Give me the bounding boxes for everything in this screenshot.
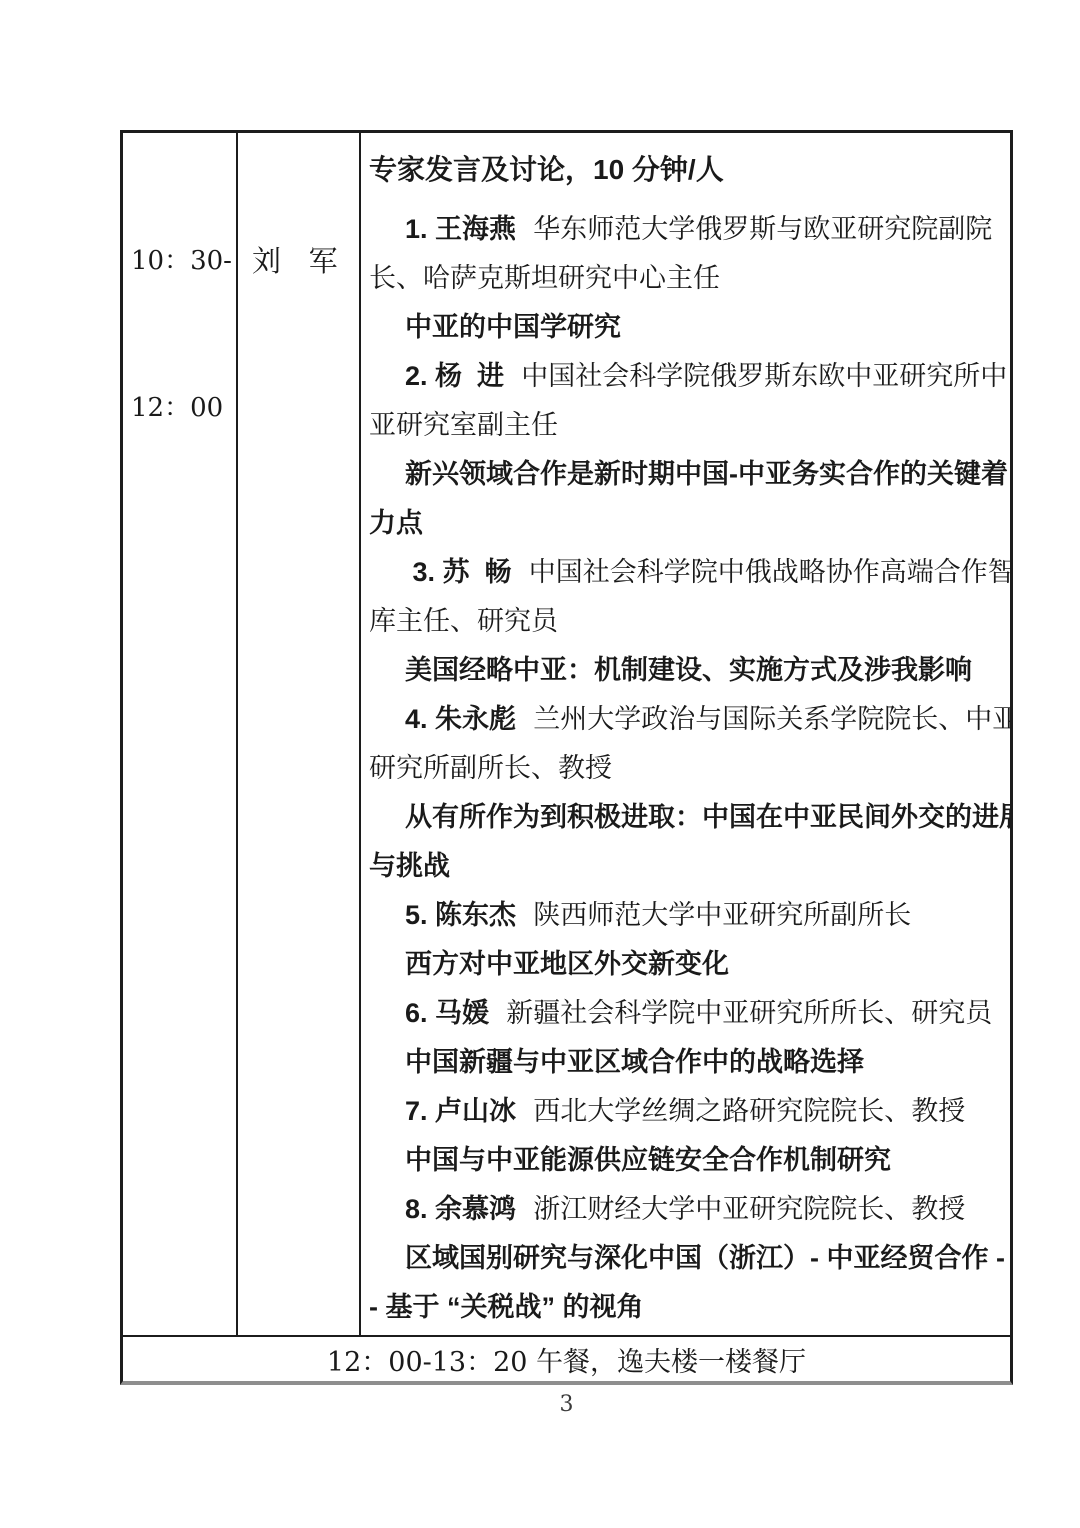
bold-text: 5. 陈东杰 (405, 900, 516, 930)
bold-text: 美国经略中亚：机制建设、实施方式及涉我影响 (405, 655, 972, 685)
moderator-name: 刘 军 (252, 237, 359, 286)
regular-text: 研究所副所长、教授 (369, 753, 612, 784)
content-cell: 专家发言及讨论，10 分钟/人1. 王海燕 华东师范大学俄罗斯与欧亚研究院副院长… (361, 133, 1010, 1335)
agenda-line: 与挑战 (361, 842, 1010, 891)
moderator-cell: 刘 军 (238, 133, 361, 1335)
bold-text: 与挑战 (369, 851, 450, 881)
time-end: 12：00 (131, 384, 236, 433)
regular-text: 新疆社会科学院中亚研究所所长、研究员 (489, 998, 992, 1029)
bold-text: 中国新疆与中亚区域合作中的战略选择 (405, 1047, 864, 1077)
regular-text: 浙江财经大学中亚研究院院长、教授 (516, 1194, 965, 1225)
regular-text: 亚研究室副主任 (369, 410, 558, 441)
regular-text: 华东师范大学俄罗斯与欧亚研究院副院 (516, 214, 992, 245)
agenda-table: 10：30- 12：00 刘 军 专家发言及讨论，10 分钟/人1. 王海燕 华… (120, 130, 1013, 1385)
time-cell: 10：30- 12：00 (123, 133, 238, 1335)
agenda-line: 从有所作为到积极进取：中国在中亚民间外交的进展 (361, 793, 1010, 842)
agenda-line: 研究所副所长、教授 (361, 744, 1010, 793)
agenda-line: 新兴领域合作是新时期中国-中亚务实合作的关键着 (361, 450, 1010, 499)
agenda-line: 西方对中亚地区外交新变化 (361, 940, 1010, 989)
bold-text: 从有所作为到积极进取：中国在中亚民间外交的进展 (405, 802, 1010, 832)
bold-text: - 基于 “关税战” 的视角 (369, 1292, 644, 1322)
agenda-line: 4. 朱永彪 兰州大学政治与国际关系学院院长、中亚 (361, 695, 1010, 744)
agenda-line: 5. 陈东杰 陕西师范大学中亚研究所副所长 (361, 891, 1010, 940)
regular-text: 长、哈萨克斯坦研究中心主任 (369, 263, 720, 294)
regular-text: 西北大学丝绸之路研究院院长、教授 (516, 1096, 965, 1127)
bold-text: 6. 马媛 (405, 998, 489, 1028)
agenda-line: 中亚的中国学研究 (361, 303, 1010, 352)
agenda-line: 8. 余慕鸿 浙江财经大学中亚研究院院长、教授 (361, 1185, 1010, 1234)
bold-text: 区域国别研究与深化中国（浙江）- 中亚经贸合作 - (405, 1243, 1005, 1273)
agenda-lines: 专家发言及讨论，10 分钟/人1. 王海燕 华东师范大学俄罗斯与欧亚研究院副院长… (361, 145, 1010, 1332)
agenda-line: 力点 (361, 499, 1010, 548)
agenda-line: 7. 卢山冰 西北大学丝绸之路研究院院长、教授 (361, 1087, 1010, 1136)
agenda-line: 中国新疆与中亚区域合作中的战略选择 (361, 1038, 1010, 1087)
agenda-line: 长、哈萨克斯坦研究中心主任 (361, 254, 1010, 303)
agenda-line: 3. 苏 畅 中国社会科学院中俄战略协作高端合作智 (361, 548, 1010, 597)
regular-text: 库主任、研究员 (369, 606, 558, 637)
page-number: 3 (120, 1392, 1013, 1417)
agenda-line: 亚研究室副主任 (361, 401, 1010, 450)
bold-text: 8. 余慕鸿 (405, 1194, 516, 1224)
regular-text: 兰州大学政治与国际关系学院院长、中亚 (516, 704, 1010, 735)
bold-text: 新兴领域合作是新时期中国-中亚务实合作的关键着 (405, 459, 1008, 489)
agenda-line: 区域国别研究与深化中国（浙江）- 中亚经贸合作 - (361, 1234, 1010, 1283)
bold-text: 西方对中亚地区外交新变化 (405, 949, 729, 979)
bold-text: 7. 卢山冰 (405, 1096, 516, 1126)
agenda-line: - 基于 “关税战” 的视角 (361, 1283, 1010, 1332)
bold-text: 中亚的中国学研究 (405, 312, 621, 342)
bold-text: 中国与中亚能源供应链安全合作机制研究 (405, 1145, 891, 1175)
agenda-line: 1. 王海燕 华东师范大学俄罗斯与欧亚研究院副院 (361, 205, 1010, 254)
agenda-line: 专家发言及讨论，10 分钟/人 (361, 145, 1010, 194)
document-page: 10：30- 12：00 刘 军 专家发言及讨论，10 分钟/人1. 王海燕 华… (0, 0, 1080, 1528)
agenda-line: 美国经略中亚：机制建设、实施方式及涉我影响 (361, 646, 1010, 695)
bold-text: 1. 王海燕 (405, 214, 516, 244)
agenda-line: 中国与中亚能源供应链安全合作机制研究 (361, 1136, 1010, 1185)
bold-text: 3. 苏 畅 (405, 557, 512, 587)
lunch-row: 12：00-13：20 午餐，逸夫楼一楼餐厅 (123, 1335, 1010, 1381)
bold-text: 力点 (369, 508, 423, 538)
agenda-line: 6. 马媛 新疆社会科学院中亚研究所所长、研究员 (361, 989, 1010, 1038)
agenda-line: 2. 杨 进 中国社会科学院俄罗斯东欧中亚研究所中 (361, 352, 1010, 401)
time-start: 10：30- (131, 237, 236, 286)
bold-text: 4. 朱永彪 (405, 704, 516, 734)
bold-text: 2. 杨 进 (405, 361, 504, 391)
bold-text: 专家发言及讨论，10 分钟/人 (369, 154, 724, 185)
agenda-line: 库主任、研究员 (361, 597, 1010, 646)
regular-text: 陕西师范大学中亚研究所副所长 (516, 900, 911, 931)
regular-text: 中国社会科学院中俄战略协作高端合作智 (512, 557, 1010, 588)
lunch-text: 12：00-13：20 午餐，逸夫楼一楼餐厅 (327, 1340, 806, 1379)
regular-text: 中国社会科学院俄罗斯东欧中亚研究所中 (504, 361, 1007, 392)
